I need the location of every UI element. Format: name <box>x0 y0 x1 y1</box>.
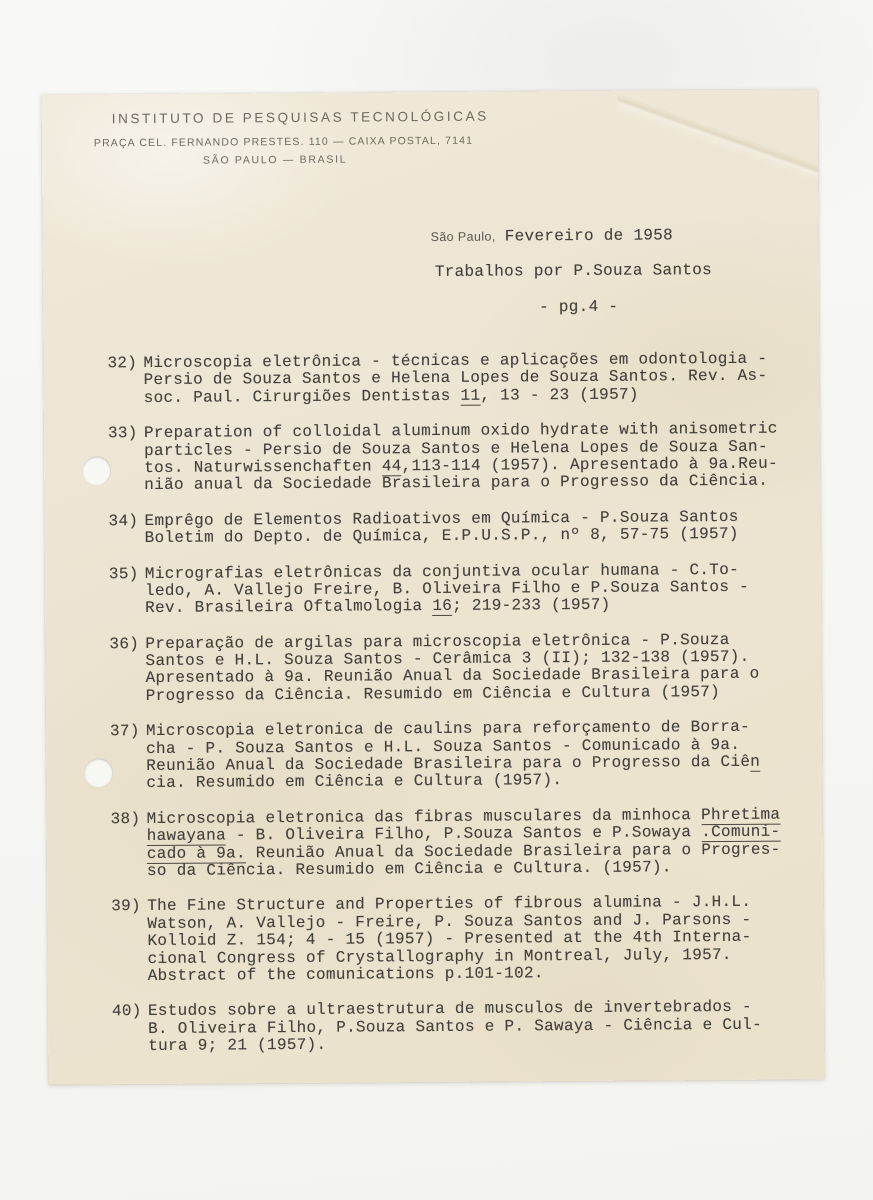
reference-line: Boletim do Depto. de Química, E.P.U.S.P.… <box>145 525 815 547</box>
reference-line: Rev. Brasileira Oftalmologia 16; 219-233… <box>145 596 815 618</box>
reference-item: 36)Preparação de argilas para microscopi… <box>109 631 815 705</box>
reference-line: cia. Resumido em Ciência e Cultura (1957… <box>146 771 816 793</box>
scan-background: INSTITUTO DE PESQUISAS TECNOLÓGICAS PRAÇ… <box>0 0 873 1200</box>
reference-number: 35) <box>109 566 139 584</box>
reference-item: 40)Estudos sobre a ultraestrutura de mus… <box>112 999 818 1056</box>
reference-number: 34) <box>108 513 138 531</box>
punch-hole-bottom-icon <box>84 758 113 787</box>
paper-crease <box>618 89 819 180</box>
punch-hole-top-icon <box>82 456 111 485</box>
reference-list: 32)Microscopia eletrônica - técnicas e a… <box>107 350 818 1073</box>
reference-item: 34)Emprêgo de Elementos Radioativos em Q… <box>108 508 814 548</box>
reference-line: nião anual da Sociedade Brasileira para … <box>144 473 814 495</box>
reference-item: 39)The Fine Structure and Properties of … <box>111 894 818 986</box>
page-number: - pg.4 - <box>539 298 618 317</box>
reference-item: 33)Preparation of colloidal aluminum oxi… <box>108 421 814 495</box>
reference-item: 37)Microscopia eletronica de caulins par… <box>110 719 816 793</box>
reference-number: 36) <box>109 636 139 654</box>
reference-line: so da Ciência. Resumido em Ciência e Cul… <box>147 858 817 880</box>
reference-line: Abstract of the comunications p.101-102. <box>148 963 818 985</box>
letterhead-institution: INSTITUTO DE PESQUISAS TECNOLÓGICAS <box>112 109 489 127</box>
reference-number: 40) <box>112 1003 142 1021</box>
letterhead-city-country: SÃO PAULO — BRASIL <box>203 154 347 167</box>
dateline: São Paulo, Fevereiro de 1958 <box>430 226 673 246</box>
dateline-date: Fevereiro de 1958 <box>505 226 673 245</box>
reference-item: 32)Microscopia eletrônica - técnicas e a… <box>107 350 813 407</box>
reference-number: 38) <box>111 811 141 829</box>
reference-line: Progresso da Ciência. Resumido em Ciênci… <box>146 683 816 705</box>
letterhead-address: PRAÇA CEL. FERNANDO PRESTES. 110 — CAIXA… <box>94 135 473 150</box>
reference-number: 37) <box>110 723 140 741</box>
reference-line: soc. Paul. Cirurgiões Dentistas 11, 13 -… <box>144 385 814 407</box>
dateline-city: São Paulo, <box>431 230 496 244</box>
reference-item: 38)Microscopia eletronica das fibras mus… <box>111 806 817 880</box>
reference-item: 35)Micrografias eletrônicas da conjuntiv… <box>109 561 815 618</box>
reference-number: 39) <box>111 898 141 916</box>
document-title: Trabalhos por P.Souza Santos <box>435 261 712 281</box>
reference-line: tura 9; 21 (1957). <box>148 1033 818 1055</box>
reference-number: 33) <box>108 425 138 443</box>
document-page: INSTITUTO DE PESQUISAS TECNOLÓGICAS PRAÇ… <box>42 89 825 1084</box>
reference-number: 32) <box>107 355 137 373</box>
